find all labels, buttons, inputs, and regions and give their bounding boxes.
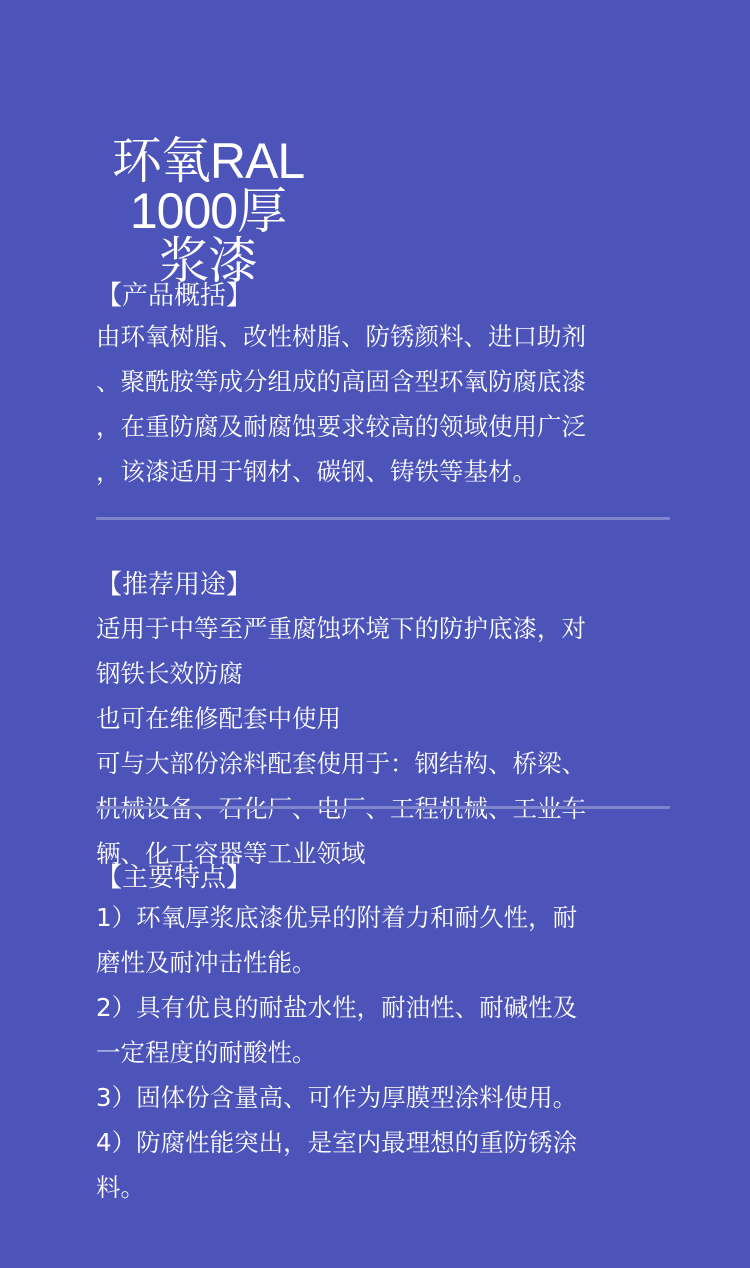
section-heading-features: 【主要特点】 — [96, 863, 252, 893]
overview-line: 由环氧树脂、改性树脂、防锈颜料、进口助剂 — [96, 314, 676, 359]
section-divider — [96, 806, 670, 809]
product-title-line-1: 环氧RAL — [112, 133, 304, 189]
section-body-features: 1）环氧厚浆底漆优异的附着力和耐久性，耐 磨性及耐冲击性能。 2）具有优良的耐盐… — [96, 895, 676, 1210]
product-title-line-2: 1000厚 — [130, 183, 286, 239]
section-heading-overview: 【产品概括】 — [96, 281, 252, 311]
overview-line: 、聚酰胺等成分组成的高固含型环氧防腐底漆 — [96, 359, 676, 404]
uses-line: 适用于中等至严重腐蚀环境下的防护底漆，对 — [96, 606, 676, 651]
section-heading-uses: 【推荐用途】 — [96, 570, 252, 600]
section-body-overview: 由环氧树脂、改性树脂、防锈颜料、进口助剂 、聚酰胺等成分组成的高固含型环氧防腐底… — [96, 314, 676, 494]
product-title: 环氧RAL 1000厚 浆漆 — [96, 136, 320, 286]
feature-line: 1）环氧厚浆底漆优异的附着力和耐久性，耐 — [96, 895, 676, 940]
overview-line: ，该漆适用于钢材、碳钢、铸铁等基材。 — [96, 449, 676, 494]
uses-line: 也可在维修配套中使用 — [96, 696, 676, 741]
section-body-uses: 适用于中等至严重腐蚀环境下的防护底漆，对 钢铁长效防腐 也可在维修配套中使用 可… — [96, 606, 676, 876]
feature-line: 磨性及耐冲击性能。 — [96, 940, 676, 985]
feature-line: 料。 — [96, 1165, 676, 1210]
section-divider — [96, 517, 670, 520]
feature-line: 一定程度的耐酸性。 — [96, 1030, 676, 1075]
overview-line: ，在重防腐及耐腐蚀要求较高的领域使用广泛 — [96, 404, 676, 449]
feature-line: 2）具有优良的耐盐水性，耐油性、耐碱性及 — [96, 985, 676, 1030]
uses-line: 可与大部份涂料配套使用于：钢结构、桥梁、 — [96, 741, 676, 786]
uses-line: 钢铁长效防腐 — [96, 651, 676, 696]
feature-line: 3）固体份含量高、可作为厚膜型涂料使用。 — [96, 1075, 676, 1120]
feature-line: 4）防腐性能突出，是室内最理想的重防锈涂 — [96, 1120, 676, 1165]
